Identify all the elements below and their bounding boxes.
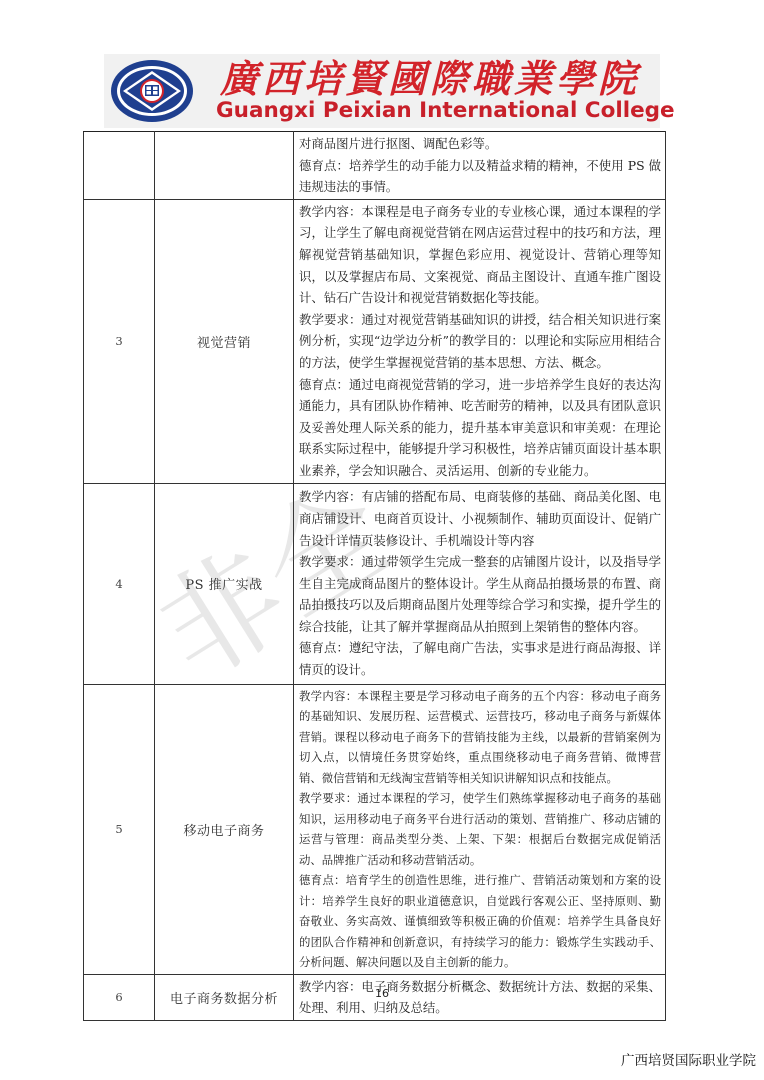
course-number: 3 (84, 199, 155, 483)
description-paragraph: 对商品图片进行抠图、调配色彩等。 (299, 133, 661, 155)
table-row: 对商品图片进行抠图、调配色彩等。 德育点：培养学生的动手能力以及精益求精的精神，… (84, 132, 666, 200)
description-paragraph: 教学内容：有店铺的搭配布局、电商装修的基础、商品美化图、电商店铺设计、电商首页设… (299, 486, 661, 551)
table-row: 4 PS 推广实战 教学内容：有店铺的搭配布局、电商装修的基础、商品美化图、电商… (84, 483, 666, 684)
course-name: 视觉营销 (155, 199, 294, 483)
college-name-english: Guangxi Peixian International College (216, 97, 675, 125)
table-row: 5 移动电子商务 教学内容：本课程主要是学习移动电子商务的五个内容：移动电子商务… (84, 684, 666, 974)
college-banner: 廣西培賢國際職業學院 Guangxi Peixian International… (104, 54, 660, 128)
table-row: 3 视觉营销 教学内容：本课程是电子商务专业的专业核心课，通过本课程的学习，让学… (84, 199, 666, 483)
page-number: 16 (0, 987, 764, 1000)
footer-organization: 广西培贤国际职业学院 (621, 1049, 756, 1069)
description-paragraph: 教学内容：本课程是电子商务专业的专业核心课，通过本课程的学习，让学生了解电商视觉… (299, 201, 661, 309)
course-name: PS 推广实战 (155, 483, 294, 684)
course-description: 教学内容：有店铺的搭配布局、电商装修的基础、商品美化图、电商店铺设计、电商首页设… (294, 483, 666, 684)
college-seal-logo (109, 58, 195, 124)
course-description: 教学内容：本课程主要是学习移动电子商务的五个内容：移动电子商务的基础知识、发展历… (294, 684, 666, 974)
description-paragraph: 教学要求：通过对视觉营销基础知识的讲授，结合相关知识进行案例分析，实现“边学边分… (299, 309, 661, 374)
course-name: 移动电子商务 (155, 684, 294, 974)
description-paragraph: 教学要求：通过带领学生完成一整套的店铺图片设计，以及指导学生自主完成商品图片的整… (299, 551, 661, 637)
course-name (155, 132, 294, 200)
course-number (84, 132, 155, 200)
description-paragraph: 德育点：遵纪守法，了解电商广告法，实事求是进行商品海报、详情页的设计。 (299, 637, 661, 680)
description-paragraph: 德育点：通过电商视觉营销的学习，进一步培养学生良好的表达沟通能力，具有团队协作精… (299, 374, 661, 482)
description-paragraph: 德育点：培育学生的创造性思维，进行推广、营销活动策划和方案的设计：培养学生良好的… (299, 870, 661, 973)
college-name-chinese: 廣西培賢國際職業學院 (220, 56, 640, 102)
course-number: 5 (84, 684, 155, 974)
course-number: 4 (84, 483, 155, 684)
description-paragraph: 教学要求：通过本课程的学习，使学生们熟练掌握移动电子商务的基础知识，运用移动电子… (299, 788, 661, 870)
description-paragraph: 德育点：培养学生的动手能力以及精益求精的精神，不使用 PS 做违规违法的事情。 (299, 155, 661, 198)
course-description: 对商品图片进行抠图、调配色彩等。 德育点：培养学生的动手能力以及精益求精的精神，… (294, 132, 666, 200)
course-table: 对商品图片进行抠图、调配色彩等。 德育点：培养学生的动手能力以及精益求精的精神，… (83, 131, 666, 1021)
course-description: 教学内容：本课程是电子商务专业的专业核心课，通过本课程的学习，让学生了解电商视觉… (294, 199, 666, 483)
description-paragraph: 教学内容：本课程主要是学习移动电子商务的五个内容：移动电子商务的基础知识、发展历… (299, 686, 661, 789)
